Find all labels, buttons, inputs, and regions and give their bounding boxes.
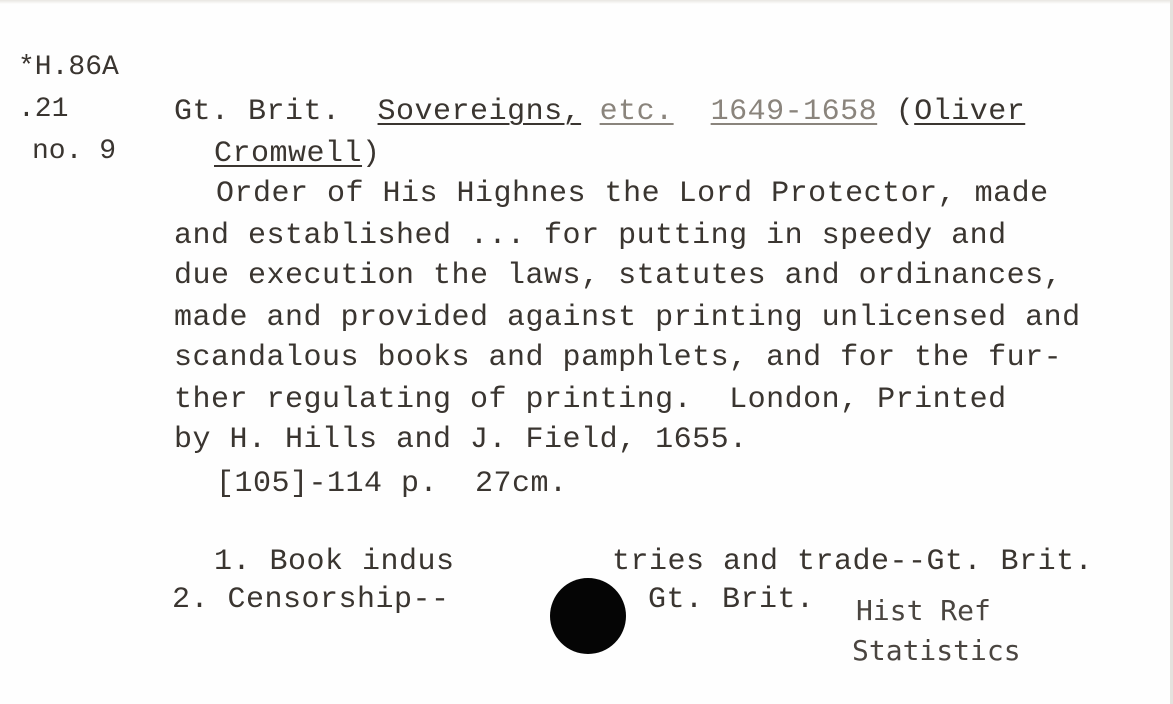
title-line-3: due execution the laws, statutes and ord…	[174, 256, 1062, 296]
title-line-1: Order of His Highnes the Lord Protector,…	[216, 174, 1049, 214]
punch-hole-icon	[550, 578, 626, 654]
subject-1-right: tries and trade--Gt. Brit.	[612, 542, 1093, 582]
heading-oliver: Oliver	[914, 95, 1025, 129]
call-number-line-1: *H.86A	[18, 48, 119, 88]
collation: [105]-114 p. 27cm.	[216, 464, 568, 504]
heading-dates: 1649-1658	[711, 95, 878, 129]
heading-close-paren: )	[362, 137, 381, 171]
heading-open-paren: (	[896, 95, 915, 129]
title-line-5: scandalous books and pamphlets, and for …	[174, 338, 1062, 378]
card-top-edge	[0, 0, 1173, 4]
catalog-card: *H.86A .21 no. 9 Gt. Brit. Sovereigns, e…	[0, 0, 1173, 704]
subject-1-left: 1. Book indus	[214, 542, 455, 582]
title-line-2: and established ... for putting in speed…	[174, 216, 1007, 256]
heading-cromwell: Cromwell	[214, 137, 362, 171]
subject-2-left: 2. Censorship--	[172, 580, 450, 620]
heading-line-2: Cromwell)	[214, 134, 381, 174]
heading-etc: etc.	[600, 95, 674, 129]
title-line-4: made and provided against printing unlic…	[174, 298, 1081, 338]
heading-line-1: Gt. Brit. Sovereigns, etc. 1649-1658 (Ol…	[174, 92, 1025, 132]
call-number-line-2: .21	[18, 90, 68, 130]
heading-sovereigns: Sovereigns,	[378, 95, 582, 129]
annotation-statistics: Statistics	[852, 632, 1021, 670]
subject-2-right: Gt. Brit.	[648, 580, 815, 620]
title-line-7: by H. Hills and J. Field, 1655.	[174, 420, 748, 460]
call-number-line-3: no. 9	[32, 132, 116, 172]
heading-prefix: Gt. Brit.	[174, 95, 341, 129]
annotation-hist-ref: Hist Ref	[856, 592, 991, 630]
title-line-6: ther regulating of printing. London, Pri…	[174, 380, 1007, 420]
